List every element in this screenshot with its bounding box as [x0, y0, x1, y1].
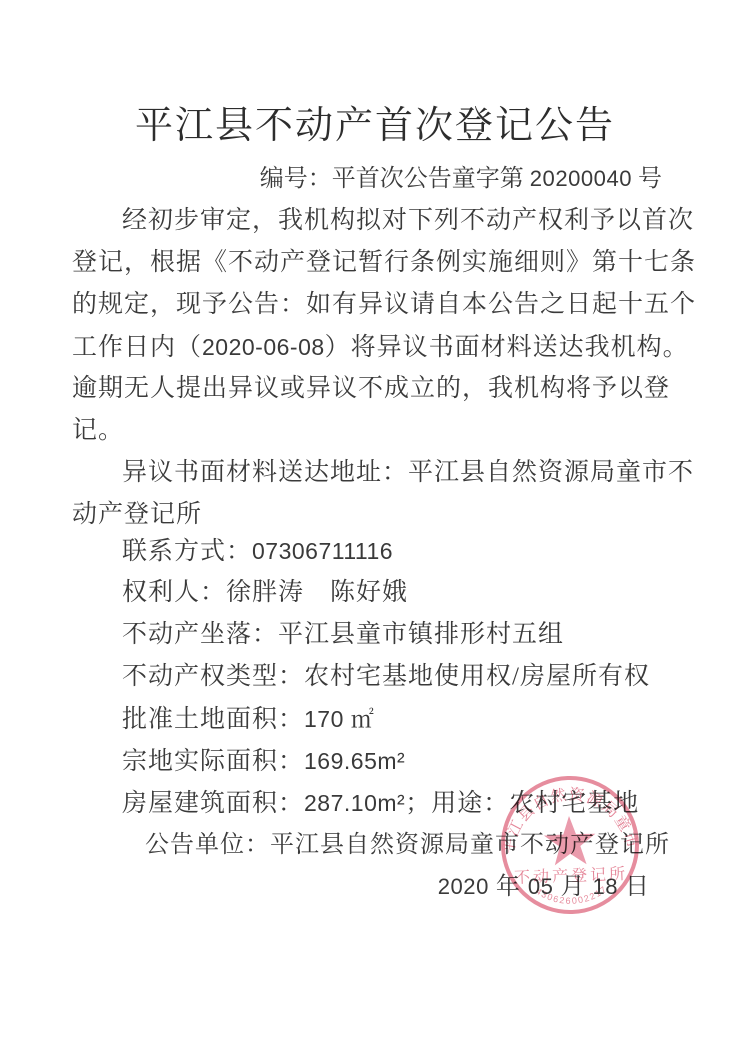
body-text: 登记，根据《不动产登记暂行条例实施细则》第十七条	[72, 249, 696, 276]
body-text: 异议书面材料送达地址：平江县自然资源局童市不	[122, 459, 694, 486]
body-line: 的规定，现予公告：如有异议请自本公告之日起十五个	[72, 290, 696, 320]
seal-banner-text: 不动产登记所	[514, 865, 629, 887]
parcel-area: 169.65m²	[304, 748, 405, 774]
field-label: 批准土地面积：	[122, 706, 304, 733]
body-line: 登记，根据《不动产登记暂行条例实施细则》第十七条	[72, 248, 696, 278]
body-line: 动产登记所	[72, 500, 202, 530]
body-text: ）将异议书面材料送达我机构。	[325, 334, 689, 361]
official-seal: 平江县自然资源局童市 不动产登记所 430626002217	[480, 755, 660, 935]
building-area: 287.10m²	[304, 790, 405, 816]
body-text: 逾期无人提出异议或异议不成立的，我机构将予以登	[72, 375, 670, 402]
body-text: 的规定，现予公告：如有异议请自本公告之日起十五个	[72, 291, 696, 318]
field-label: 不动产坐落：	[122, 621, 278, 648]
body-text: 工作日内（	[72, 334, 202, 361]
body-text: 记。	[72, 417, 124, 444]
right-type-row: 不动产权类型：农村宅基地使用权/房屋所有权	[122, 662, 650, 692]
document-title: 平江县不动产首次登记公告	[0, 94, 750, 149]
holder-row: 权利人：徐胖涛 陈好娥	[122, 578, 408, 608]
field-label: 不动产权类型：	[122, 663, 304, 690]
field-label: 权利人：	[122, 579, 226, 606]
body-line: 经初步审定，我机构拟对下列不动产权利予以首次	[72, 206, 694, 236]
field-label: 宗地实际面积：	[122, 748, 304, 775]
holder-names: 徐胖涛 陈好娥	[226, 579, 408, 606]
deadline-date: 2020-06-08	[202, 334, 325, 360]
date-year: 2020	[438, 874, 489, 899]
body-line: 工作日内（2020-06-08）将异议书面材料送达我机构。	[72, 332, 689, 363]
approved-area: 170 ㎡	[304, 706, 374, 732]
body-text: 经初步审定，我机构拟对下列不动产权利予以首次	[122, 207, 694, 234]
location-row: 不动产坐落：平江县童市镇排形村五组	[122, 620, 564, 650]
property-location: 平江县童市镇排形村五组	[278, 621, 564, 648]
announcement-document: 平江县不动产首次登记公告 编号：平首次公告童字第 20200040 号 经初步审…	[0, 0, 750, 1060]
doc-number-prefix: 编号：平首次公告童字第	[260, 166, 530, 192]
doc-number-suffix: 号	[632, 166, 662, 192]
field-label: 公告单位：	[145, 832, 270, 858]
body-text: 动产登记所	[72, 501, 202, 528]
contact-phone: 07306711116	[252, 538, 393, 564]
doc-number-value: 20200040	[530, 166, 632, 191]
body-line: 异议书面材料送达地址：平江县自然资源局童市不	[72, 458, 694, 488]
parcel-area-row: 宗地实际面积：169.65m²	[122, 746, 405, 777]
contact-row: 联系方式：07306711116	[122, 536, 393, 567]
body-line: 逾期无人提出异议或异议不成立的，我机构将予以登	[72, 374, 670, 404]
body-line: 记。	[72, 416, 124, 446]
approved-area-row: 批准土地面积：170 ㎡	[122, 704, 374, 735]
seal-star-icon	[543, 815, 596, 866]
right-type: 农村宅基地使用权/房屋所有权	[304, 663, 650, 690]
field-label: 房屋建筑面积：	[122, 790, 304, 817]
document-number: 编号：平首次公告童字第 20200040 号	[260, 158, 662, 193]
field-label: 联系方式：	[122, 538, 252, 565]
